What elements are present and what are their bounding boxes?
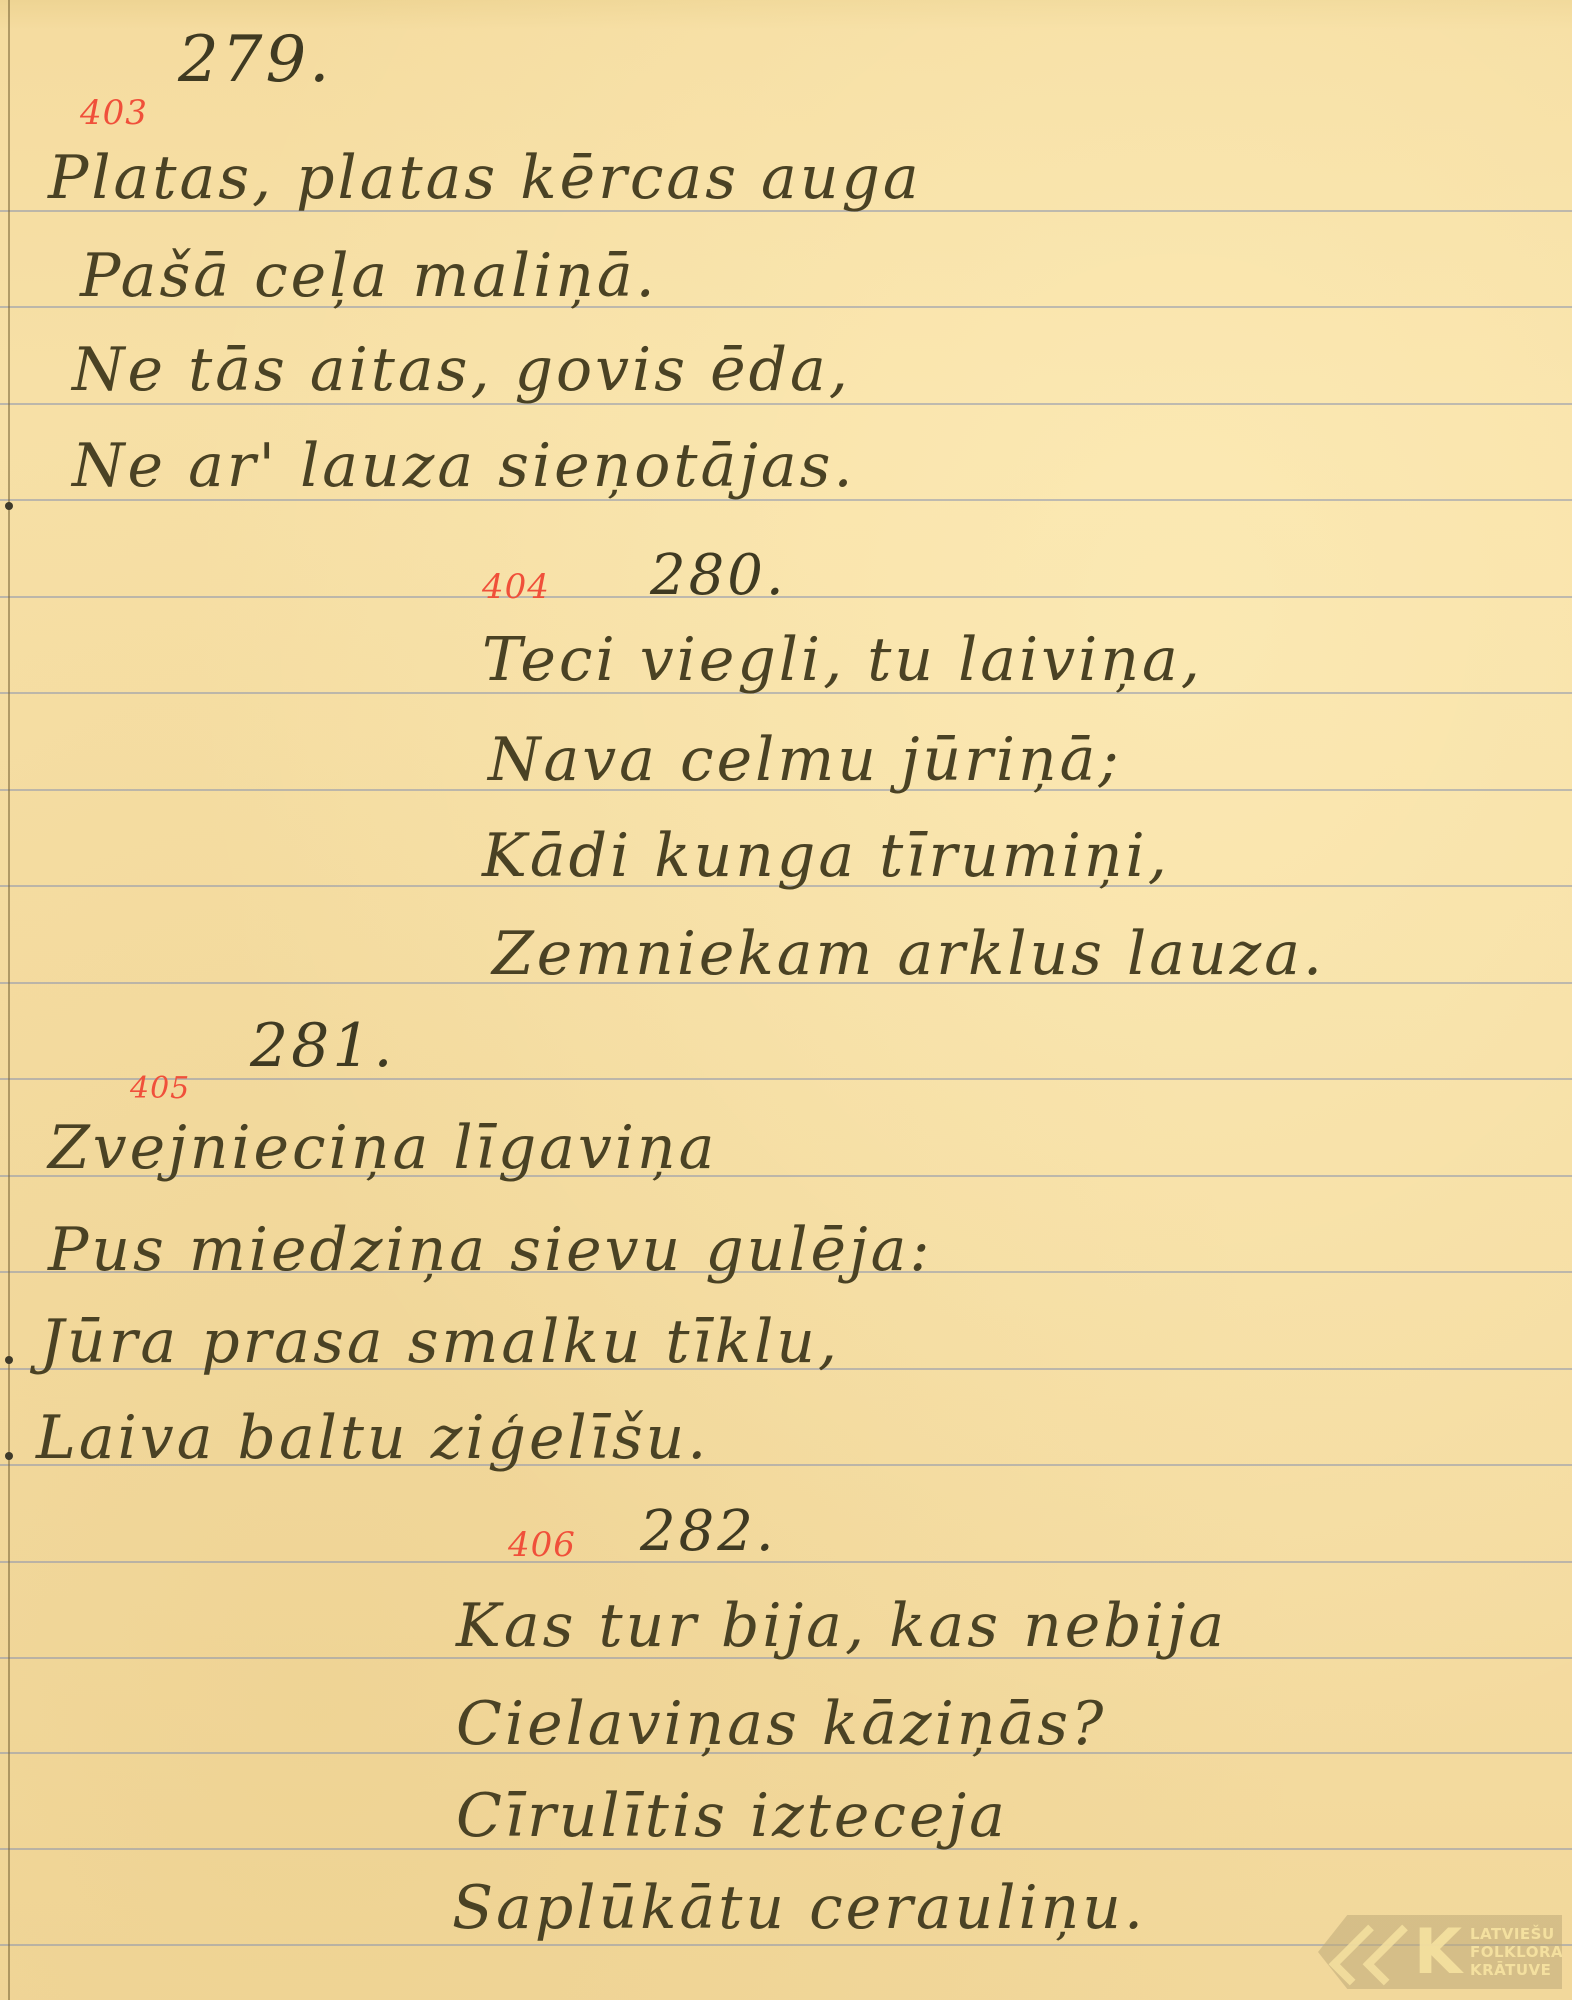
verse-line: Nava celmu jūriņā; bbox=[488, 730, 1122, 790]
logo-text-line: FOLKLORAS bbox=[1470, 1943, 1550, 1961]
verse-line: Kādi kunga tīrumiņi, bbox=[482, 826, 1170, 886]
logo-letter: K bbox=[1414, 1921, 1462, 1983]
verse-line: Zemniekam arklus lauza. bbox=[492, 924, 1325, 984]
margin-dot bbox=[5, 1452, 13, 1460]
logo-text-line: LATVIEŠU bbox=[1470, 1925, 1550, 1943]
ruled-line bbox=[0, 1078, 1572, 1080]
archive-number: 405 bbox=[130, 1072, 190, 1106]
margin-dot bbox=[5, 502, 13, 510]
logo-text-line: KRĀTUVE bbox=[1470, 1961, 1550, 1979]
verse-number: 282. bbox=[640, 1504, 777, 1560]
ruled-line bbox=[0, 1561, 1572, 1563]
verse-line: Laiva baltu ziģelīšu. bbox=[36, 1408, 709, 1468]
verse-number: 279. bbox=[178, 32, 333, 88]
logo-text: LATVIEŠU FOLKLORAS KRĀTUVE bbox=[1470, 1925, 1550, 1979]
lfk-watermark-logo: K LATVIEŠU FOLKLORAS KRĀTUVE bbox=[1318, 1915, 1562, 1989]
left-margin-line bbox=[8, 0, 10, 2000]
verse-line: Pus miedziņa sievu gulēja: bbox=[48, 1220, 933, 1280]
archive-number: 406 bbox=[508, 1528, 576, 1562]
verse-line: Ne ar' lauza sieņotājas. bbox=[72, 436, 856, 496]
verse-line: Teci viegli, tu laiviņa, bbox=[482, 630, 1203, 690]
verse-line: Saplūkātu cerauliņu. bbox=[452, 1878, 1146, 1938]
verse-number: 280. bbox=[650, 548, 787, 604]
archive-number: 404 bbox=[482, 570, 550, 604]
verse-number: 281. bbox=[250, 1018, 396, 1074]
verse-line: Jūra prasa smalku tīklu, bbox=[40, 1312, 840, 1372]
verse-line: Kas tur bija, kas nebija bbox=[456, 1596, 1227, 1656]
verse-line: Pašā ceļa maliņā. bbox=[80, 246, 658, 306]
verse-line: Cīrulītis izteceja bbox=[456, 1786, 1008, 1846]
verse-line: Ne tās aitas, govis ēda, bbox=[72, 340, 851, 400]
verse-line: Zvejnieciņa līgaviņa bbox=[48, 1118, 717, 1178]
archive-number: 403 bbox=[80, 96, 148, 130]
verse-line: Platas, platas kērcas auga bbox=[48, 148, 922, 208]
margin-dot bbox=[5, 1356, 13, 1364]
verse-line: Cielaviņas kāziņās? bbox=[456, 1694, 1106, 1754]
